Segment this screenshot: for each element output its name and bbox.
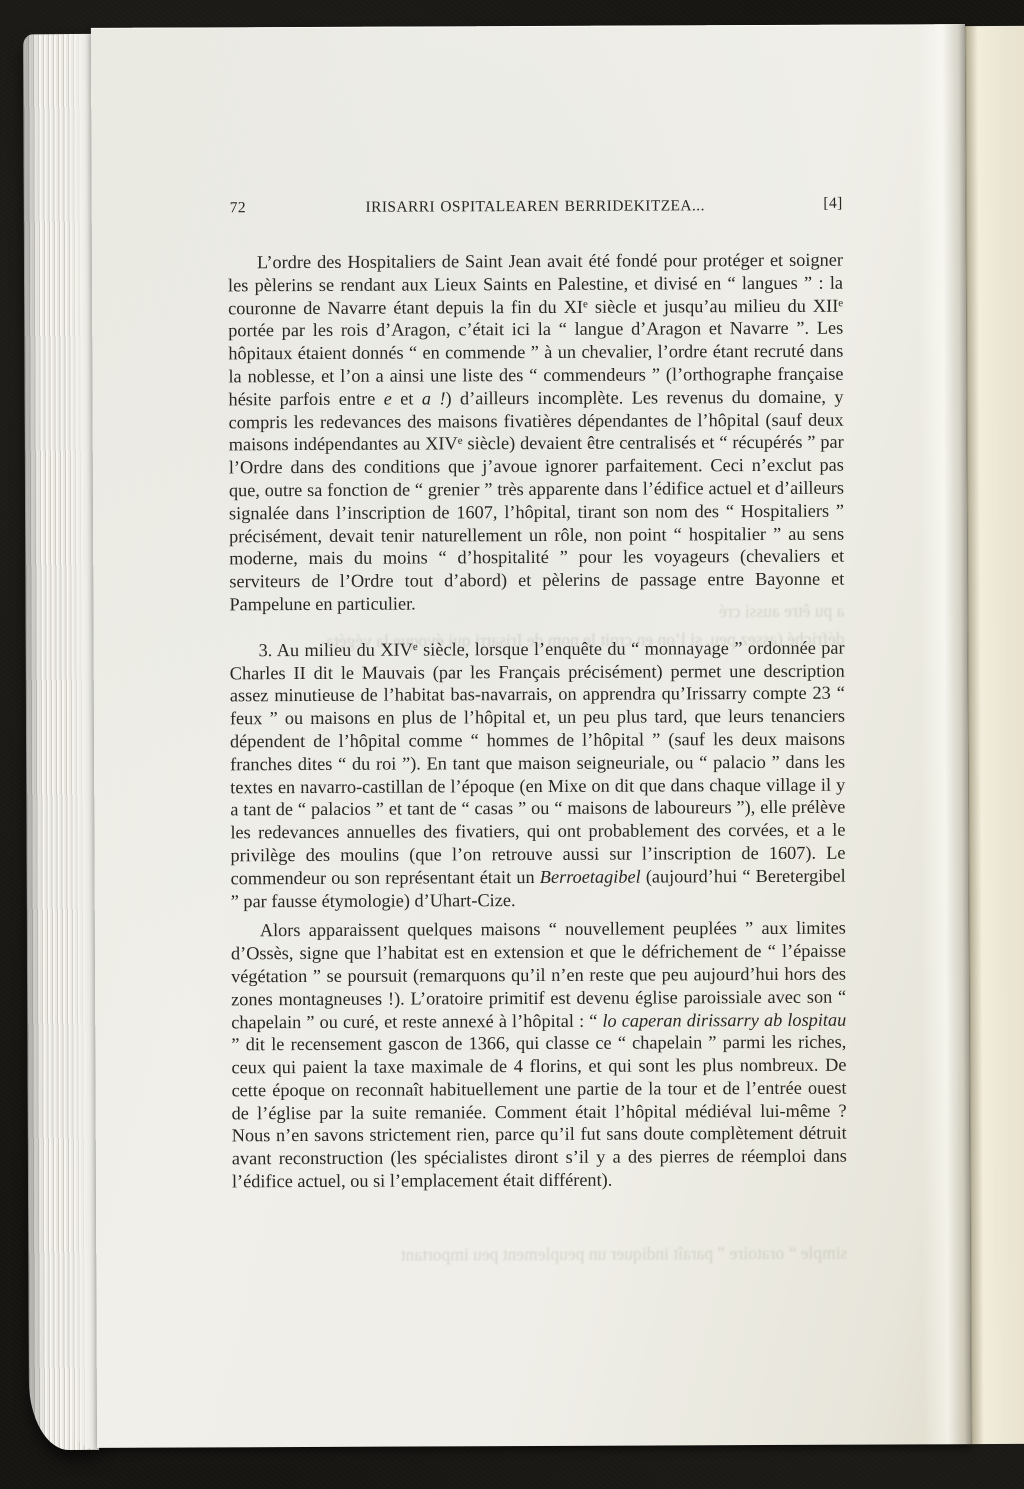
facing-page-gutter: [965, 26, 1024, 1444]
paragraph: L’ordre des Hospitaliers de Saint Jean a…: [228, 249, 845, 616]
paragraph: 3. Au milieu du XIVe siècle, lorsque l’e…: [230, 636, 846, 912]
running-title: IRISARRI OSPITALEAREN BERRIDEKITZEA...: [228, 197, 843, 218]
book-page-72: a pu être aussi crédéfriché (assez peu, …: [91, 24, 971, 1448]
printed-text-layer: 72 IRISARRI OSPITALEAREN BERRIDEKITZEA..…: [227, 25, 842, 28]
body-text: L’ordre des Hospitaliers de Saint Jean a…: [228, 249, 847, 1194]
page-edges-left: [23, 34, 99, 1450]
photo-background: a pu être aussi crédéfriché (assez peu, …: [0, 0, 1024, 1489]
bleedthrough-text: simple “ oratoire ” paraît indiquer un p…: [232, 1243, 847, 1267]
paragraph: Alors apparaissent quelques maisons “ no…: [231, 917, 847, 1193]
book: a pu être aussi crédéfriché (assez peu, …: [23, 22, 1024, 1450]
running-head: 72 IRISARRI OSPITALEAREN BERRIDEKITZEA..…: [228, 197, 843, 222]
section-marker: [4]: [823, 195, 842, 213]
